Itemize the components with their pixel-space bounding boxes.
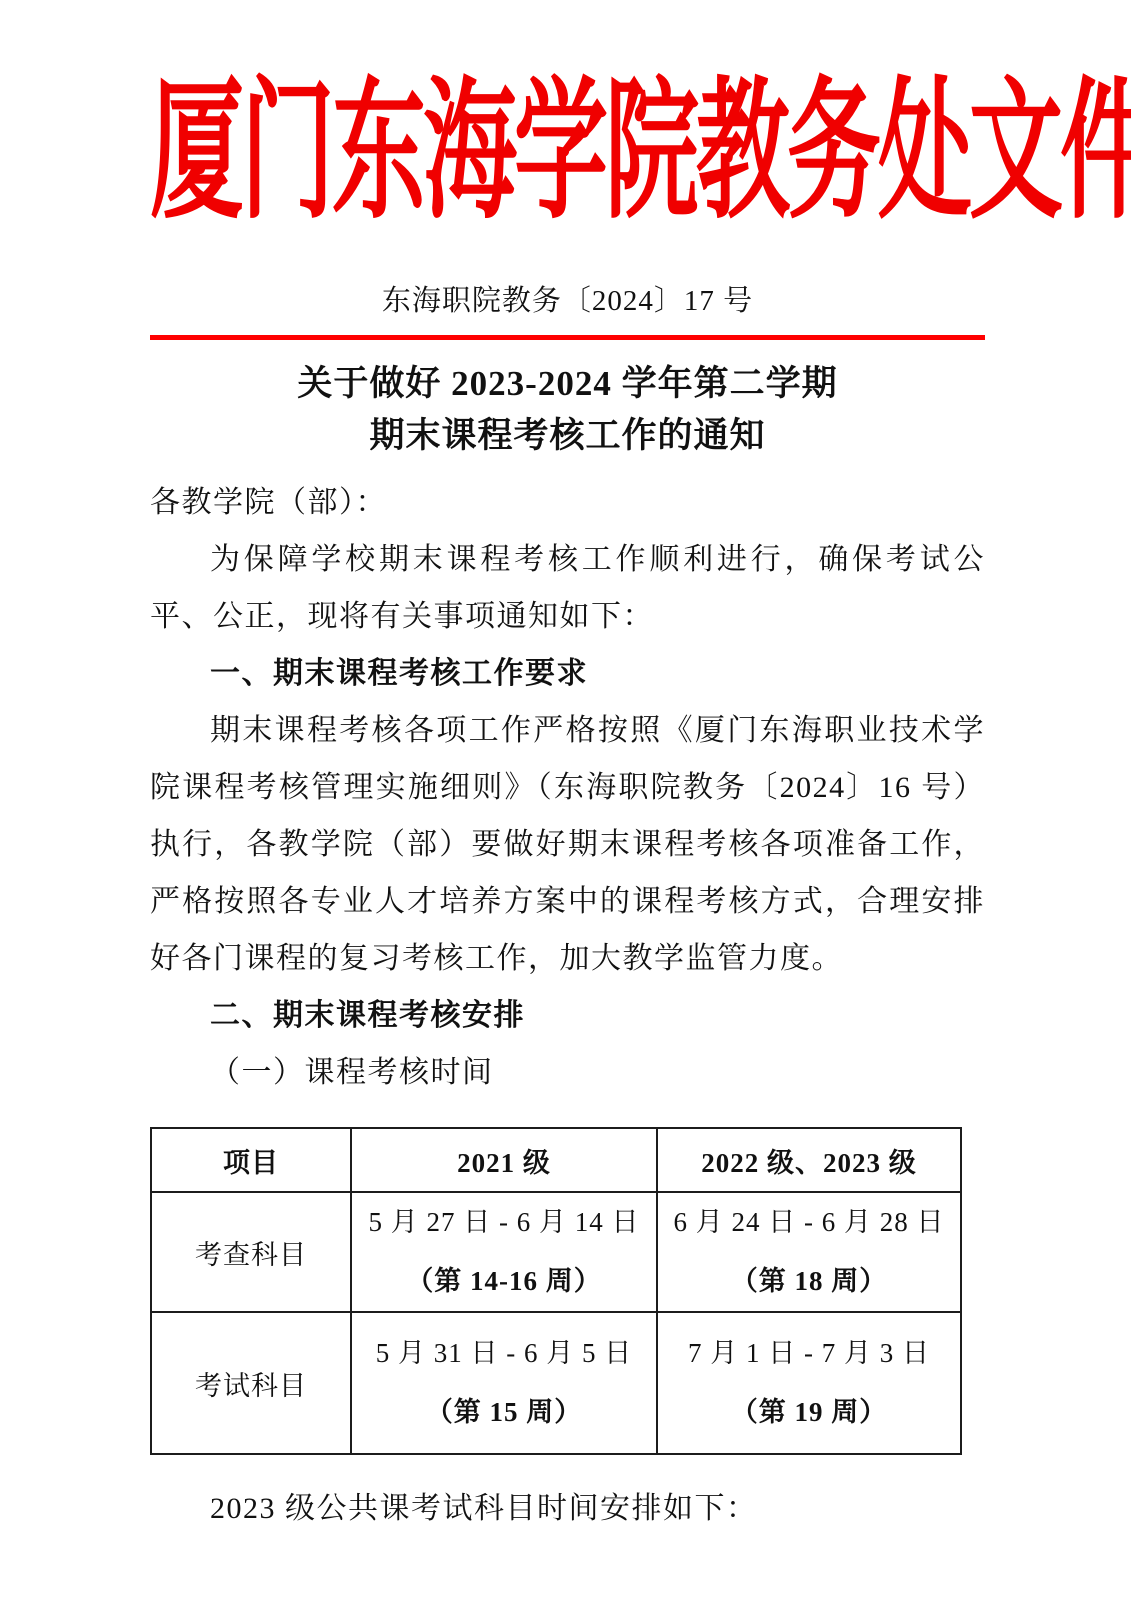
cell-2021-exam: 5 月 31 日 - 6 月 5 日 （第 15 周） bbox=[351, 1312, 657, 1454]
red-divider-rule bbox=[150, 335, 985, 340]
exam-schedule-table: 项目 2021 级 2022 级、2023 级 考查科目 5 月 27 日 - … bbox=[150, 1127, 962, 1455]
week-range: （第 18 周） bbox=[664, 1264, 954, 1299]
document-page: 厦门东海学院教务处文件 东海职院教务〔2024〕17 号 关于做好 2023-2… bbox=[0, 0, 1131, 1600]
date-range: 5 月 31 日 - 6 月 5 日 bbox=[358, 1336, 650, 1371]
document-title-line2: 期末课程考核工作的通知 bbox=[150, 410, 985, 462]
after-table-note: 2023 级公共课考试科目时间安排如下： bbox=[150, 1483, 985, 1527]
intro-paragraph: 为保障学校期末课程考核工作顺利进行，确保考试公平、公正，现将有关事项通知如下： bbox=[150, 531, 985, 645]
section1-paragraph: 期末课程考核各项工作严格按照《厦门东海职业技术学院课程考核管理实施细则》（东海职… bbox=[150, 702, 985, 987]
section1-heading: 一、期末课程考核工作要求 bbox=[150, 645, 985, 702]
table-header-row: 项目 2021 级 2022 级、2023 级 bbox=[151, 1128, 961, 1192]
document-body: 各教学院（部）： 为保障学校期末课程考核工作顺利进行，确保考试公平、公正，现将有… bbox=[150, 474, 985, 1101]
document-number: 东海职院教务〔2024〕17 号 bbox=[150, 278, 985, 319]
date-range: 5 月 27 日 - 6 月 14 日 bbox=[358, 1205, 650, 1240]
table-row-exam-subjects: 考试科目 5 月 31 日 - 6 月 5 日 （第 15 周） 7 月 1 日… bbox=[151, 1312, 961, 1454]
section2-heading: 二、期末课程考核安排 bbox=[150, 987, 985, 1044]
subsection1-heading: （一）课程考核时间 bbox=[150, 1044, 985, 1101]
table-row-assessment-subjects: 考查科目 5 月 27 日 - 6 月 14 日 （第 14-16 周） 6 月… bbox=[151, 1192, 961, 1312]
week-range: （第 19 周） bbox=[664, 1395, 954, 1430]
cell-2022-2023-assessment: 6 月 24 日 - 6 月 28 日 （第 18 周） bbox=[657, 1192, 961, 1312]
table-header-grade-2022-2023: 2022 级、2023 级 bbox=[657, 1128, 961, 1192]
document-title: 关于做好 2023-2024 学年第二学期 期末课程考核工作的通知 bbox=[150, 358, 985, 462]
row-label: 考查科目 bbox=[151, 1192, 351, 1312]
date-range: 7 月 1 日 - 7 月 3 日 bbox=[664, 1336, 954, 1371]
table-header-item: 项目 bbox=[151, 1128, 351, 1192]
letterhead: 厦门东海学院教务处文件 bbox=[150, 74, 985, 252]
cell-2022-2023-exam: 7 月 1 日 - 7 月 3 日 （第 19 周） bbox=[657, 1312, 961, 1454]
date-range: 6 月 24 日 - 6 月 28 日 bbox=[664, 1205, 954, 1240]
cell-2021-assessment: 5 月 27 日 - 6 月 14 日 （第 14-16 周） bbox=[351, 1192, 657, 1312]
week-range: （第 15 周） bbox=[358, 1395, 650, 1430]
table-header-grade-2021: 2021 级 bbox=[351, 1128, 657, 1192]
document-title-line1: 关于做好 2023-2024 学年第二学期 bbox=[150, 358, 985, 410]
row-label: 考试科目 bbox=[151, 1312, 351, 1454]
salutation: 各教学院（部）： bbox=[150, 474, 985, 531]
week-range: （第 14-16 周） bbox=[358, 1264, 650, 1299]
letterhead-banner-title: 厦门东海学院教务处文件 bbox=[150, 74, 1131, 234]
